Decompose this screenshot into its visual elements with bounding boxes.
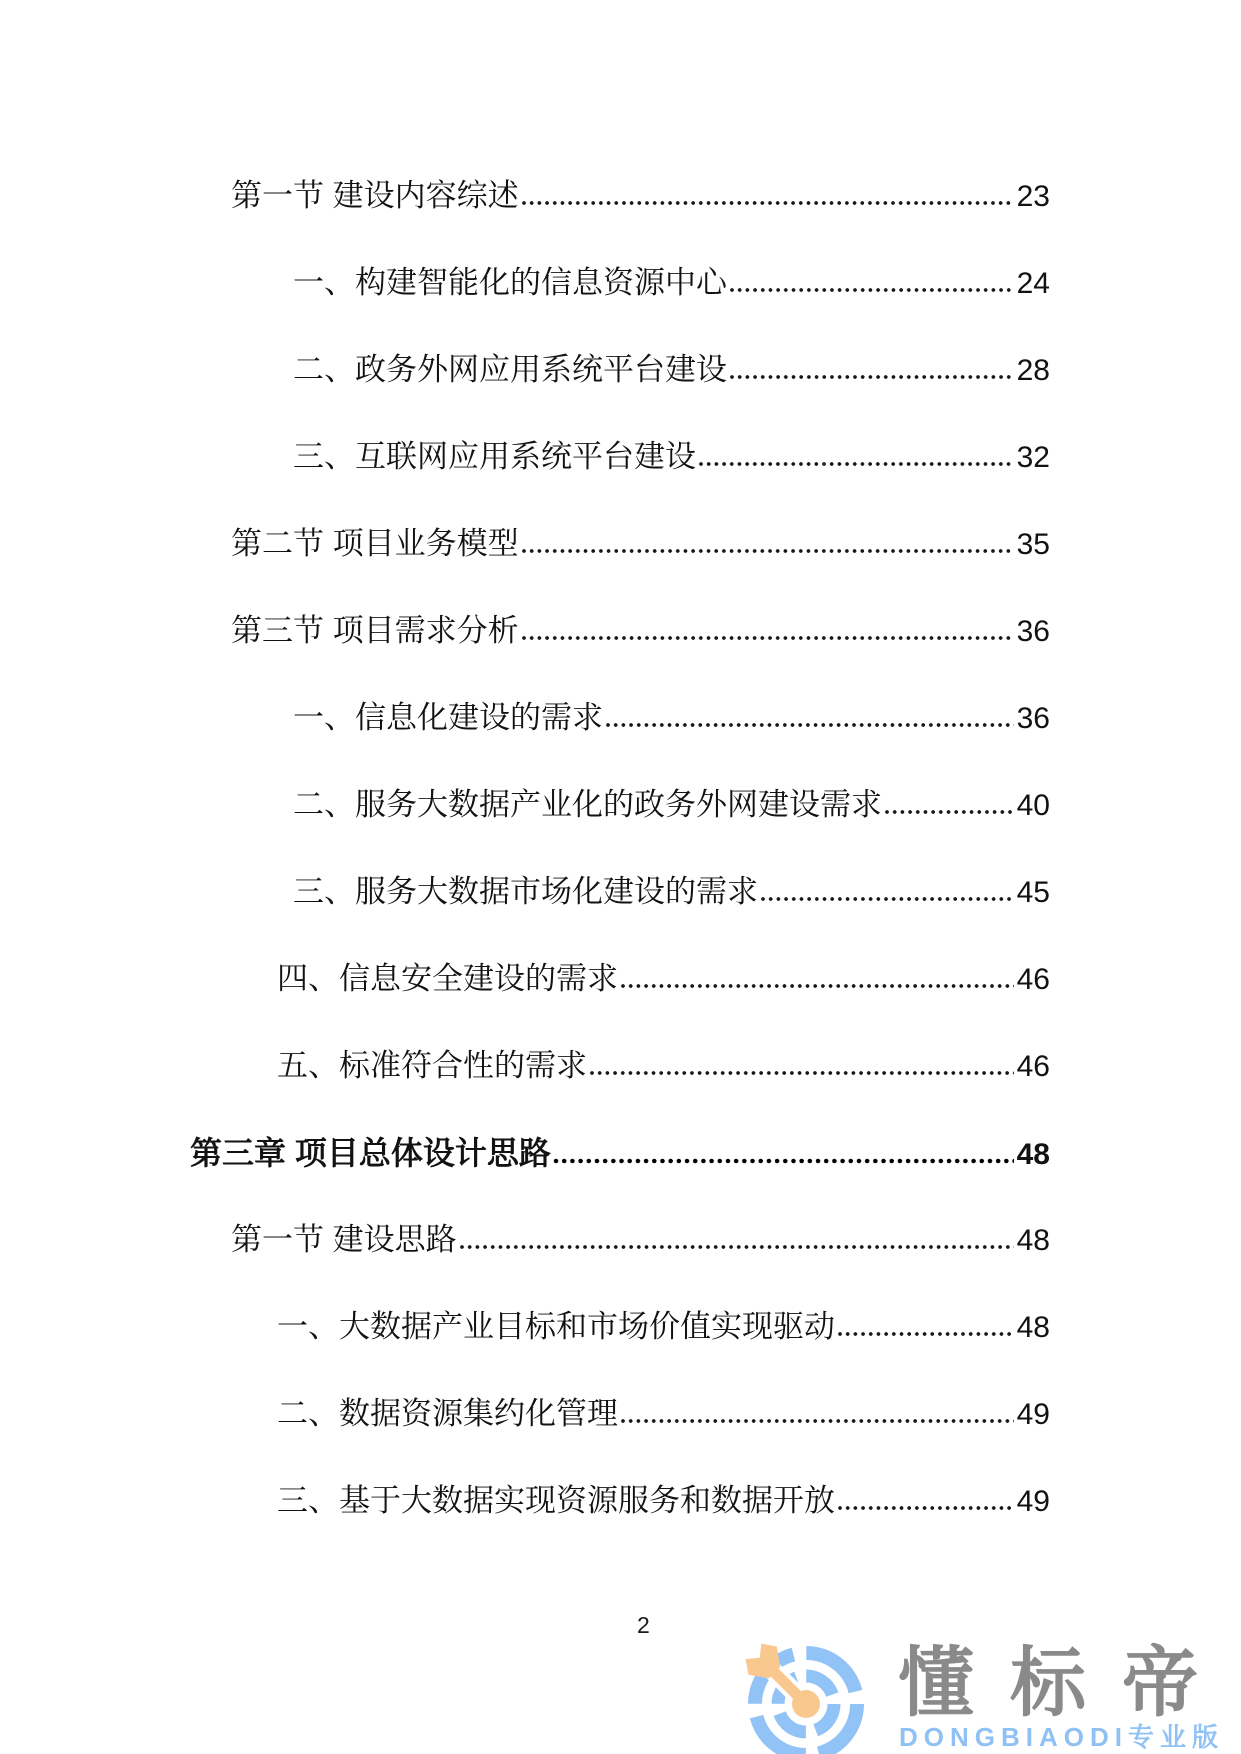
- table-of-contents: 第一节 建设内容综述23一、构建智能化的信息资源中心24二、政务外网应用系统平台…: [0, 178, 1241, 1570]
- dot-leader: [698, 461, 1014, 467]
- toc-entry[interactable]: 第三章 项目总体设计思路48: [0, 1135, 1241, 1222]
- toc-entry[interactable]: 三、服务大数据市场化建设的需求45: [0, 874, 1241, 961]
- dot-leader: [837, 1331, 1014, 1337]
- dot-leader: [605, 722, 1014, 728]
- toc-entry-line: 三、服务大数据市场化建设的需求45: [0, 874, 1050, 911]
- toc-entry[interactable]: 第一节 建设内容综述23: [0, 178, 1241, 265]
- toc-entry-line: 一、信息化建设的需求36: [0, 700, 1050, 737]
- toc-entry-page-number: 28: [1017, 353, 1050, 389]
- toc-entry-line: 第三节 项目需求分析36: [0, 613, 1050, 650]
- target-dart-icon: [741, 1628, 873, 1754]
- toc-entry[interactable]: 二、服务大数据产业化的政务外网建设需求40: [0, 787, 1241, 874]
- toc-entry-line: 三、基于大数据实现资源服务和数据开放49: [0, 1483, 1050, 1520]
- toc-entry[interactable]: 二、政务外网应用系统平台建设28: [0, 352, 1241, 439]
- toc-entry-page-number: 46: [1017, 1049, 1050, 1085]
- dot-leader: [459, 1244, 1014, 1250]
- toc-entry-line: 二、服务大数据产业化的政务外网建设需求40: [0, 787, 1050, 824]
- toc-entry-label: 三、互联网应用系统平台建设: [293, 439, 696, 475]
- dot-leader: [620, 983, 1014, 989]
- toc-entry-page-number: 48: [1017, 1223, 1050, 1259]
- dot-leader: [521, 635, 1014, 641]
- toc-entry-page-number: 49: [1017, 1484, 1050, 1520]
- toc-entry-line: 第三章 项目总体设计思路48: [0, 1135, 1050, 1173]
- toc-entry[interactable]: 一、构建智能化的信息资源中心24: [0, 265, 1241, 352]
- toc-entry[interactable]: 四、信息安全建设的需求46: [0, 961, 1241, 1048]
- toc-entry-page-number: 24: [1017, 266, 1050, 302]
- toc-entry-page-number: 23: [1017, 179, 1050, 215]
- toc-entry-page-number: 48: [1017, 1310, 1050, 1346]
- dot-leader: [729, 374, 1014, 380]
- dot-leader: [620, 1418, 1014, 1424]
- toc-entry-line: 第一节 建设思路48: [0, 1222, 1050, 1259]
- toc-entry-line: 一、大数据产业目标和市场价值实现驱动48: [0, 1309, 1050, 1346]
- toc-entry-label: 三、基于大数据实现资源服务和数据开放: [277, 1483, 835, 1519]
- toc-entry-page-number: 36: [1017, 701, 1050, 737]
- toc-entry-line: 二、政务外网应用系统平台建设28: [0, 352, 1050, 389]
- toc-entry-label: 三、服务大数据市场化建设的需求: [293, 874, 758, 910]
- toc-entry-line: 二、数据资源集约化管理49: [0, 1396, 1050, 1433]
- toc-entry-page-number: 36: [1017, 614, 1050, 650]
- toc-entry-label: 四、信息安全建设的需求: [277, 961, 618, 997]
- toc-entry-line: 一、构建智能化的信息资源中心24: [0, 265, 1050, 302]
- toc-entry-label: 第一节 建设内容综述: [231, 178, 519, 214]
- toc-entry-line: 第一节 建设内容综述23: [0, 178, 1050, 215]
- toc-entry-page-number: 48: [1017, 1137, 1050, 1173]
- document-page: 第一节 建设内容综述23一、构建智能化的信息资源中心24二、政务外网应用系统平台…: [0, 0, 1241, 1754]
- toc-entry-label: 第二节 项目业务模型: [231, 526, 519, 562]
- toc-entry[interactable]: 一、信息化建设的需求36: [0, 700, 1241, 787]
- toc-entry[interactable]: 五、标准符合性的需求46: [0, 1048, 1241, 1135]
- footer-page-number: 2: [637, 1612, 650, 1639]
- dot-leader: [729, 287, 1014, 293]
- toc-entry-line: 五、标准符合性的需求46: [0, 1048, 1050, 1085]
- toc-entry-page-number: 35: [1017, 527, 1050, 563]
- toc-entry[interactable]: 第三节 项目需求分析36: [0, 613, 1241, 700]
- toc-entry[interactable]: 第一节 建设思路48: [0, 1222, 1241, 1309]
- toc-entry-page-number: 32: [1017, 440, 1050, 476]
- toc-entry-label: 一、构建智能化的信息资源中心: [293, 265, 727, 301]
- toc-entry-line: 第二节 项目业务模型35: [0, 526, 1050, 563]
- toc-entry[interactable]: 一、大数据产业目标和市场价值实现驱动48: [0, 1309, 1241, 1396]
- toc-entry[interactable]: 二、数据资源集约化管理49: [0, 1396, 1241, 1483]
- dot-leader: [521, 200, 1014, 206]
- toc-entry[interactable]: 三、互联网应用系统平台建设32: [0, 439, 1241, 526]
- toc-entry[interactable]: 第二节 项目业务模型35: [0, 526, 1241, 613]
- dot-leader: [884, 809, 1014, 815]
- toc-entry-page-number: 49: [1017, 1397, 1050, 1433]
- toc-entry-label: 第一节 建设思路: [231, 1222, 457, 1258]
- watermark-brand-text: 懂标帝: [898, 1646, 1234, 1722]
- toc-entry-label: 第三章 项目总体设计思路: [190, 1135, 551, 1171]
- dot-leader: [553, 1158, 1014, 1164]
- dot-leader: [521, 548, 1014, 554]
- toc-entry-line: 三、互联网应用系统平台建设32: [0, 439, 1050, 476]
- dot-leader: [760, 896, 1014, 902]
- toc-entry-label: 一、信息化建设的需求: [293, 700, 603, 736]
- toc-entry[interactable]: 三、基于大数据实现资源服务和数据开放49: [0, 1483, 1241, 1570]
- toc-entry-label: 五、标准符合性的需求: [277, 1048, 587, 1084]
- watermark-subtitle-text: DONGBIAODI专业版: [899, 1724, 1224, 1750]
- dot-leader: [837, 1505, 1014, 1511]
- toc-entry-label: 二、政务外网应用系统平台建设: [293, 352, 727, 388]
- toc-entry-line: 四、信息安全建设的需求46: [0, 961, 1050, 998]
- dot-leader: [589, 1070, 1014, 1076]
- toc-entry-label: 二、服务大数据产业化的政务外网建设需求: [293, 787, 882, 823]
- toc-entry-page-number: 45: [1017, 875, 1050, 911]
- toc-entry-label: 第三节 项目需求分析: [231, 613, 519, 649]
- toc-entry-page-number: 40: [1017, 788, 1050, 824]
- toc-entry-label: 一、大数据产业目标和市场价值实现驱动: [277, 1309, 835, 1345]
- toc-entry-label: 二、数据资源集约化管理: [277, 1396, 618, 1432]
- toc-entry-page-number: 46: [1017, 962, 1050, 998]
